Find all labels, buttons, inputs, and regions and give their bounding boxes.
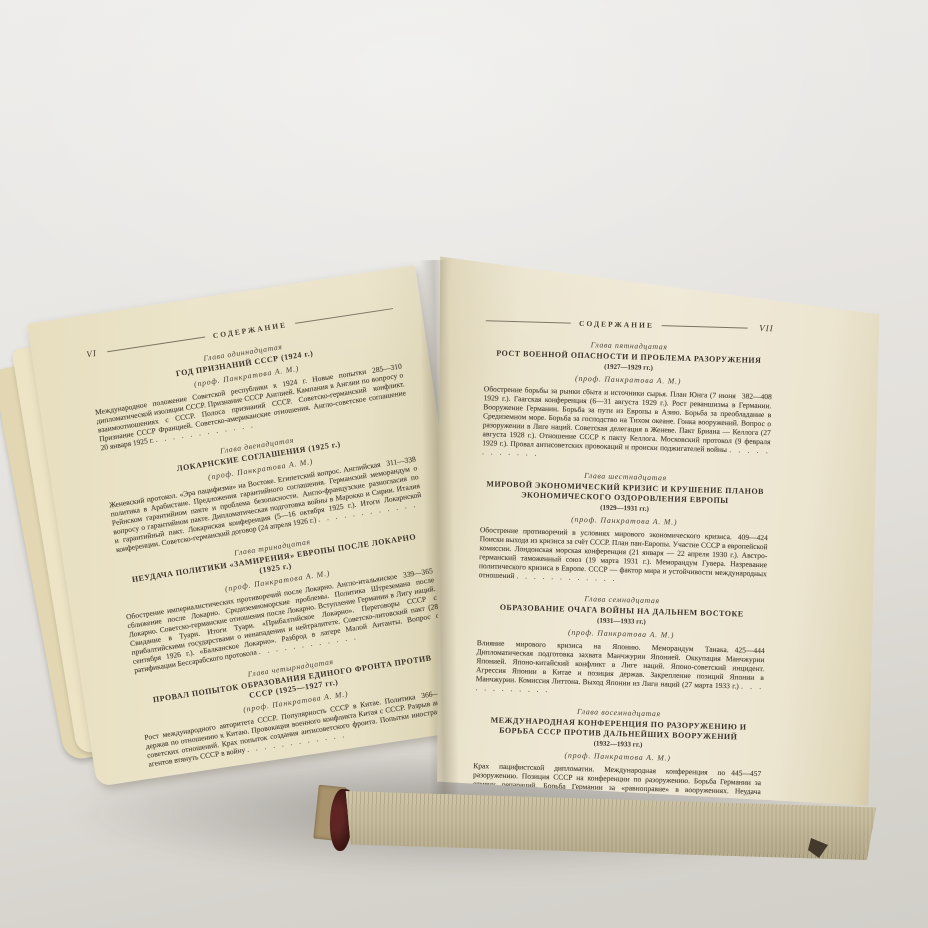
toc-chapter-17: Глава семнадцатая ОБРАЗОВАНИЕ ОЧАГА ВОЙН… <box>475 591 766 700</box>
header-rule <box>486 320 571 323</box>
running-head-title: СОДЕРЖАНИЕ <box>571 318 662 330</box>
book-photo-scene: VI СОДЕРЖАНИЕ Глава одиннадцатая ГОД ПРИ… <box>0 0 928 928</box>
page-number-roman: VII <box>759 323 774 333</box>
toc-chapter-15: Глава пятнадцатая РОСТ ВОЕННОЙ ОПАСНОСТИ… <box>482 337 773 464</box>
chapter-summary: 409—424Обострение противоречий в условия… <box>479 525 768 587</box>
chapter-summary: 425—444Влияние мирового кризиса на Япони… <box>475 638 764 700</box>
chapter-summary: 382—408Обострение борьбы за рынки сбыта … <box>482 384 772 464</box>
chapter-summary-text: Влияние мирового кризиса на Японию. Мемо… <box>476 638 765 690</box>
book-left-page: VI СОДЕРЖАНИЕ Глава одиннадцатая ГОД ПРИ… <box>27 265 485 786</box>
header-rule <box>662 325 747 328</box>
toc-chapter-16: Глава шестнадцатая МИРОВОЙ ЭКОНОМИЧЕСКИЙ… <box>479 468 770 587</box>
page-number-roman: VI <box>86 348 98 359</box>
running-head-title: СОДЕРЖАНИЕ <box>204 318 295 340</box>
header-rule <box>295 308 393 324</box>
header-rule <box>107 336 205 352</box>
leader-dots: . . . . . . . . . . . . <box>516 571 617 583</box>
book-right-page: СОДЕРЖАНИЕ VII Глава пятнадцатая РОСТ ВО… <box>422 250 883 810</box>
running-head: СОДЕРЖАНИЕ VII <box>486 315 774 333</box>
chapter-summary-text: Обострение борьбы за рынки сбыта и источ… <box>482 384 771 454</box>
